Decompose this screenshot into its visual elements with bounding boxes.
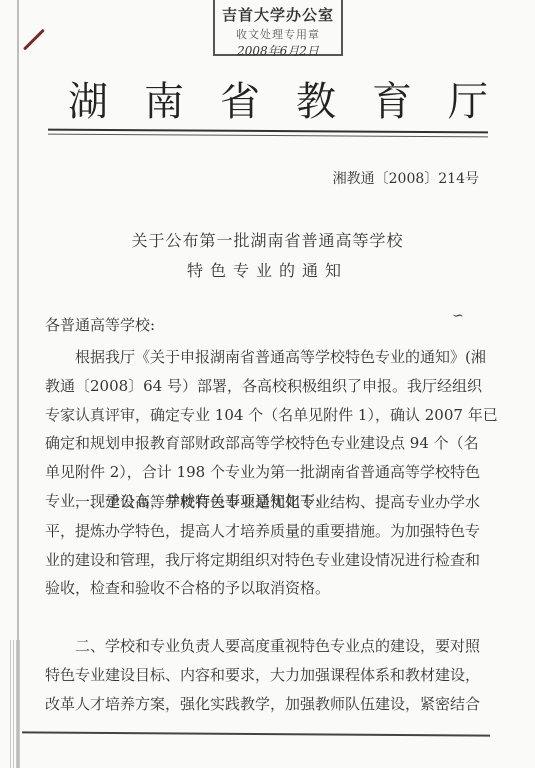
text-line: 教通〔2008〕64 号）部署，各高校积极组织了申报。我厅经组织: [45, 372, 485, 401]
stamp-purpose: 收文处理专用章: [215, 26, 341, 42]
text-line: 二、学校和专业负责人要高度重视特色专业点的建设，要对照: [45, 632, 485, 661]
footer-rule: [22, 731, 490, 736]
document-title-line2: 特色专业的通知: [0, 258, 535, 281]
pen-squiggle: ∽: [452, 308, 464, 324]
text-line: 特色专业建设目标、内容和要求，大力加强课程体系和教材建设，: [45, 661, 485, 690]
masthead-char: 省: [220, 70, 260, 127]
masthead: 湖 南 省 教 育 厅: [68, 70, 488, 127]
receipt-stamp: 吉首大学办公室 收文处理专用章 2008年6月2日: [213, 0, 343, 56]
text-line: 一、建设高等学校特色专业是优化专业结构、提高专业办学水: [45, 488, 485, 517]
masthead-char: 教: [296, 70, 336, 127]
masthead-char: 育: [372, 70, 412, 127]
salutation: 各普通高等学校:: [45, 314, 155, 335]
masthead-rule: [48, 129, 488, 134]
text-line: 根据我厅《关于申报湖南省普通高等学校特色专业的通知》(湘: [45, 343, 485, 372]
paragraph-item-2: 二、学校和专业负责人要高度重视特色专业点的建设，要对照 特色专业建设目标、内容和…: [45, 632, 485, 718]
text-line: 确定和规划申报教育部财政部高等学校特色专业建设点 94 个（名: [45, 429, 485, 458]
paragraph-item-1: 一、建设高等学校特色专业是优化专业结构、提高专业办学水 平，提炼办学特色，提高人…: [45, 488, 485, 603]
text-line: 平，提炼办学特色，提高人才培养质量的重要措施。为加强特色专: [45, 517, 485, 546]
text-line: 改革人才培养方案，强化实践教学，加强教师队伍建设，紧密结合: [45, 690, 485, 719]
masthead-char: 厅: [448, 70, 488, 127]
text-line: 验收，检查和验收不合格的予以取消资格。: [45, 574, 485, 603]
text-line: 专家认真评审，确定专业 104 个（名单见附件 1），确认 2007 年已: [45, 401, 485, 430]
masthead-char: 南: [144, 70, 184, 127]
document-number: 湘教通〔2008〕214号: [333, 168, 479, 188]
pen-mark: [23, 29, 45, 51]
stamp-office: 吉首大学办公室: [215, 4, 341, 25]
stamp-date: 2008年6月2日: [215, 42, 341, 59]
scan-edge-shadow: [10, 640, 20, 768]
document-title-line1: 关于公布第一批湖南省普通高等学校: [0, 228, 535, 251]
text-line: 业的建设和管理，我厅将定期组织对特色专业建设情况进行检查和: [45, 546, 485, 575]
masthead-char: 湖: [68, 70, 108, 127]
document-page: 吉首大学办公室 收文处理专用章 2008年6月2日 湖 南 省 教 育 厅 湘教…: [0, 0, 535, 768]
text-line: 单见附件 2），合计 198 个专业为第一批湖南省普通高等学校特色: [45, 458, 485, 487]
masthead-rule-thin: [48, 134, 488, 138]
